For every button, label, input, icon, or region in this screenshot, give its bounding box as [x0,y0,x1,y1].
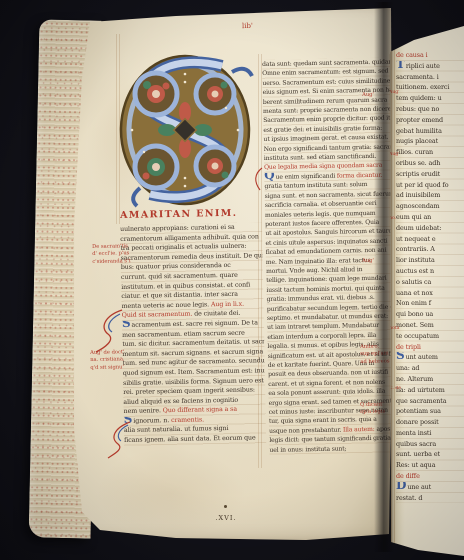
margin-note-rubric-1: De sacram'tisd' eccl'ie. p'usc'sideranda… [92,243,140,266]
right-gutter-note-4: nota [389,326,415,332]
text-column-1: uulnerato appropians: curationi ei sacra… [120,222,266,445]
right-gutter-note-2: Aug' [389,152,415,158]
text-line: qui bono ua [396,309,464,320]
display-capitals-line: AMARITAN ENIM. [120,207,264,221]
right-gutter-note-3: no. [389,216,415,222]
quire-mark: .XVI. [196,514,256,522]
text-line: que sacramenta [396,396,464,407]
text-line: ne. Alterum [396,374,464,385]
right-gutter-note-1: Aug' [389,90,415,96]
text-line: ficans ignem. alia sunt data. Et eorum q… [124,433,266,445]
text-line: nugis placeat [396,136,464,147]
text-line: propter emend [396,115,464,126]
text-line: uana et nox [396,288,464,299]
text-line: una: ad [396,363,464,374]
text-line: C. de [389,386,415,392]
text-line: Triplici aute [396,61,464,72]
text-line: restat. d [396,493,464,504]
text-line: gebat humilita [396,126,464,137]
parchment-stain [96,448,246,538]
text-line: ut per id quod fo [396,180,464,191]
text-line: uel in onus: instituta sunt; [269,443,398,455]
text-line: ad hebreos [360,358,394,366]
text-line: rebus: que no [396,104,464,115]
pen-flourish-initial-s1 [94,308,124,354]
text-line: deum uidebat: [396,223,464,234]
text-line: contrariis. A [396,244,464,255]
text-line: q'd sit signu' [90,364,138,372]
text-line: ut nequeat e [396,234,464,245]
right-gutter-note-5: C. de [389,386,415,392]
text-line: Aug' [389,90,415,96]
text-line: nota [389,326,415,332]
gutter-note-ambrose: Ambro.sup epl'amad hebreos [360,343,394,366]
text-line: Aug' [362,91,392,99]
text-line: donare possit [396,417,464,428]
text-line: quibus sacra [396,439,464,450]
text-line: de tripli [396,342,464,353]
gutter-note-opera-legis: Q dicant'op'a legis [360,401,394,416]
left-page: lib' [56,8,392,546]
running-header: lib' [242,22,253,30]
text-line: ad inuisibilem [396,190,464,201]
text-line: o salutis ca [396,277,464,288]
text-line: te occupatum [396,331,464,342]
under-page-edge [394,44,395,546]
text-line: Aug' [389,152,415,158]
text-line: potentiam sua [396,406,464,417]
text-line: auctus est n [396,266,464,277]
text-line: no. [389,216,415,222]
text-line: c'sideranda s't [92,258,140,266]
text-line: op'a legis [360,409,394,417]
text-line: agnoscendam [396,201,464,212]
text-column-2: data sunt: quedam sunt sacramenta. quida… [262,58,399,455]
right-page: de causa iTriplici autesacramenta. ituit… [388,0,464,560]
pen-flourish-initial-s2 [106,420,132,460]
text-line: sacramenta. i [396,72,464,83]
quire-dot [224,505,227,508]
text-line: de diffe [396,471,464,482]
text-line: de causa i [396,50,464,61]
text-line: lior instituta [396,255,464,266]
text-line: Non enim f [396,298,464,309]
text-line: Res: ut aqua [396,460,464,471]
text-line: Sunt autem [396,352,464,363]
gutter-note-aug-2: Aug' [362,257,392,265]
pen-flourish-initial-q [252,166,264,192]
text-line: menta insti [396,428,464,439]
under-page-edge [391,44,392,546]
gutter-note-aug-1: Aug' [362,91,392,99]
text-line: sunt. uerba et [396,449,464,460]
manuscript-opening-photo: lib' [0,0,464,560]
text-line: Aug' [362,257,392,265]
illuminated-initial-s [114,52,256,208]
text-line: oribus se. adh [396,158,464,169]
text-line: Dune aut [396,482,464,493]
right-page-text-column: de causa iTriplici autesacramenta. ituit… [396,50,464,503]
text-line: scriptis erudit [396,169,464,180]
